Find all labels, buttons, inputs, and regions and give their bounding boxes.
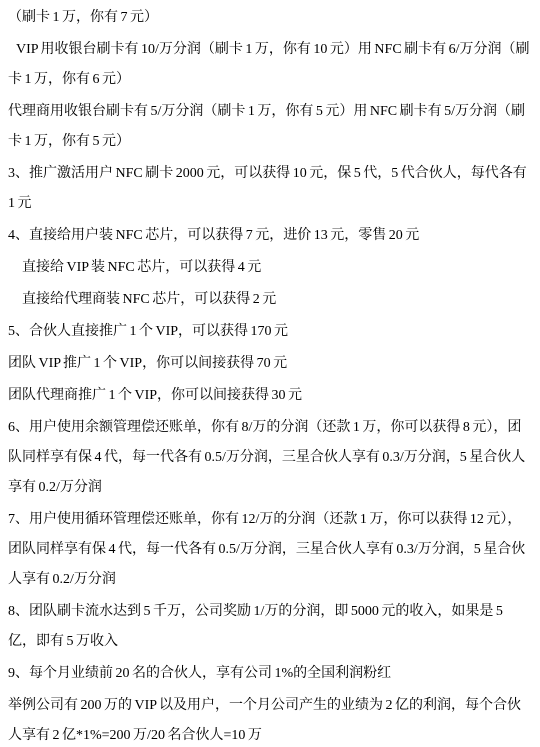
paragraph: 举例公司有 200 万的 VIP 以及用户，一个月公司产生的业绩为 2 亿的利润… — [8, 691, 533, 747]
paragraph: 3、推广激活用户 NFC 刷卡 2000 元，可以获得 10 元，保 5 代，5… — [8, 159, 533, 219]
paragraph: 5、合伙人直接推广 1 个 VIP，可以获得 170 元 — [8, 317, 533, 347]
document-body: （刷卡 1 万，你有 7 元）VIP 用收银台刷卡有 10/万分润（刷卡 1 万… — [8, 3, 533, 747]
paragraph: （刷卡 1 万，你有 7 元） — [8, 3, 533, 33]
paragraph: 8、团队刷卡流水达到 5 千万，公司奖励 1/万的分润，即 5000 元的收入，… — [8, 597, 533, 657]
paragraph: 团队 VIP 推广 1 个 VIP，你可以间接获得 70 元 — [8, 349, 533, 379]
paragraph: 6、用户使用余额管理偿还账单，你有 8/万的分润（还款 1 万，你可以获得 8 … — [8, 413, 533, 503]
paragraph: 团队代理商推广 1 个 VIP，你可以间接获得 30 元 — [8, 381, 533, 411]
paragraph: 7、用户使用循环管理偿还账单，你有 12/万的分润（还款 1 万，你可以获得 1… — [8, 505, 533, 595]
paragraph: 代理商用收银台刷卡有 5/万分润（刷卡 1 万，你有 5 元）用 NFC 刷卡有… — [8, 97, 533, 157]
document-page: （刷卡 1 万，你有 7 元）VIP 用收银台刷卡有 10/万分润（刷卡 1 万… — [0, 0, 540, 747]
paragraph: 4、直接给用户装 NFC 芯片，可以获得 7 元，进价 13 元，零售 20 元 — [8, 221, 533, 251]
paragraph: 直接给代理商装 NFC 芯片，可以获得 2 元 — [8, 285, 533, 315]
paragraph: 9、每个月业绩前 20 名的合伙人，享有公司 1%的全国利润粉红 — [8, 659, 533, 689]
paragraph: VIP 用收银台刷卡有 10/万分润（刷卡 1 万，你有 10 元）用 NFC … — [8, 35, 533, 95]
paragraph: 直接给 VIP 装 NFC 芯片，可以获得 4 元 — [8, 253, 533, 283]
